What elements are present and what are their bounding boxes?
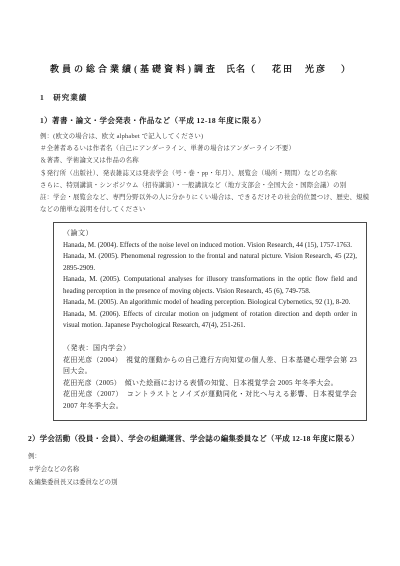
presentations-group-label: （発表：国内学会） <box>63 343 357 355</box>
title-text: 教員の総合業績(基礎資料)調査 <box>50 64 218 74</box>
paper-reference: Hanada, M. (2005). Phenomenal regression… <box>63 251 357 274</box>
name-field-value: 花田 光彦 <box>256 62 341 75</box>
document-title: 教員の総合業績(基礎資料)調査氏名（花田 光彦） <box>0 62 400 75</box>
note-example: 例：(欧文の場合は、欧文 alphabet で記入してください) <box>40 131 370 143</box>
subsection1-heading: 1）著書・論文・学会発表・作品など（平成 12-18 年度に限る） <box>40 115 400 126</box>
section1-heading: 1 研究業績 <box>40 92 400 103</box>
note-explanation: 註：学会・展覧会など、専門分野以外の人に分かりにくい場合は、できるだけその社会的… <box>40 192 370 216</box>
paper-reference: Hanada, M. (2006). Effects of circular m… <box>63 309 357 332</box>
note-committee-role: ＆編集委員長又は委員などの別 <box>28 476 378 489</box>
note-society-name: ＃学会などの名称 <box>28 463 378 476</box>
papers-group-label: （論文） <box>63 228 357 240</box>
note-example: 例： <box>28 450 378 463</box>
name-field-label: 氏名（ <box>226 64 256 74</box>
document-page: 教員の総合業績(基礎資料)調査氏名（花田 光彦） 1 研究業績 1）著書・論文・… <box>0 0 400 566</box>
presentation-entry: 花田光彦（2007） コントラストとノイズが運動同化・対比へ与える影響、日本視覚… <box>63 389 357 412</box>
section2-heading: 2）学会活動（役員・会員）、学会の組織運営、学会誌の編集委員など（平成 12-1… <box>28 433 378 444</box>
note-publisher: ＄発行所（出版社）、発表雑誌又は発表学会（号・巻・pp・年月）、展覧会（場所・期… <box>40 168 370 180</box>
note-authors: ＃全著者あるいは作者名（自己にアンダーライン、単著の場合はアンダーライン不要） <box>40 143 370 155</box>
paper-reference: Hanada, M. (2005). Computational analyse… <box>63 274 357 297</box>
note-lecture-type: さらに、特別講演・シンポジウム（招待講演）・一般講演など（地方支部会・全国大会・… <box>40 180 370 192</box>
subsection1-notes: 例：(欧文の場合は、欧文 alphabet で記入してください) ＃全著者あるい… <box>40 131 370 216</box>
presentation-entry: 花田光彦（2005） 傾いた絵画における表情の知覚、日本視覚学会 2005 年冬… <box>63 378 357 390</box>
section2: 2）学会活動（役員・会員）、学会の組織運営、学会誌の編集委員など（平成 12-1… <box>28 433 378 489</box>
paper-reference: Hanada, M. (2004). Effects of the noise … <box>63 240 357 252</box>
section2-notes: 例： ＃学会などの名称 ＆編集委員長又は委員などの別 <box>28 450 378 489</box>
paper-reference: Hanada, M. (2005). An algorithmic model … <box>63 297 357 309</box>
note-work-title: ＆著書、学術論文又は作品の名称 <box>40 155 370 167</box>
name-field-close-paren: ） <box>341 64 350 74</box>
presentation-entry: 花田光彦（2004） 視覚的運動からの自己進行方向知覚の個人差、日本基礎心理学会… <box>63 355 357 378</box>
publications-box: （論文） Hanada, M. (2004). Effects of the n… <box>53 222 367 421</box>
